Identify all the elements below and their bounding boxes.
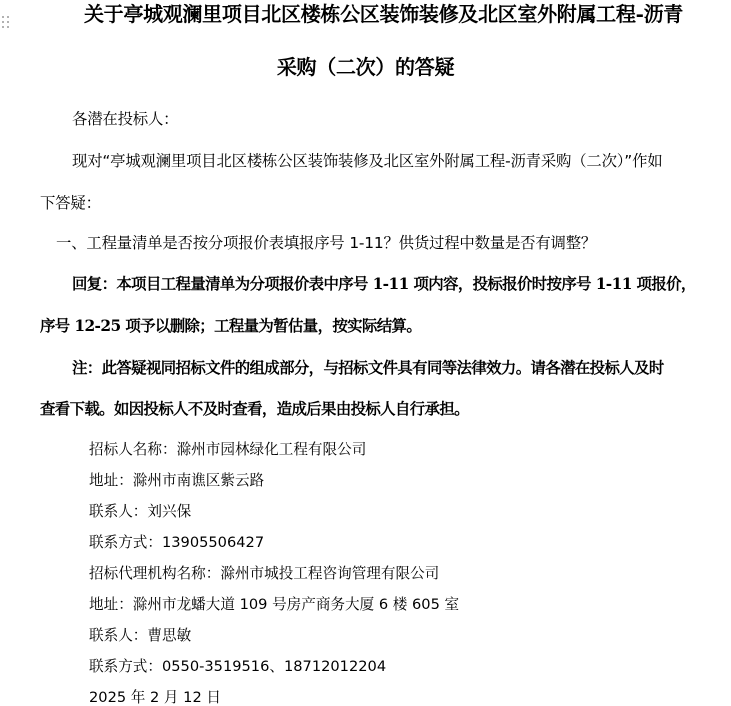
agency-address: 地址：滁州市龙蟠大道 109 号房产商务大厦 6 楼 605 室 [89, 594, 459, 616]
tenderer-address: 地址：滁州市南谯区紫云路 [89, 470, 264, 492]
tenderer-name: 招标人名称：滁州市园林绿化工程有限公司 [89, 439, 366, 461]
agency-phone: 联系方式：0550-3519516、18712012204 [89, 656, 386, 678]
question-1: 一、工程量清单是否按分项报价表填报序号 1-11？供货过程中数量是否有调整？ [56, 232, 596, 254]
intro-line-1: 现对“亭城观澜里项目北区楼栋公区装饰装修及北区室外附属工程-沥青采购（二次）”作… [72, 150, 662, 172]
agency-contact-person: 联系人：曹思敏 [89, 625, 191, 647]
intro-line-2: 下答疑： [40, 192, 101, 214]
salutation: 各潜在投标人： [72, 108, 178, 130]
tenderer-phone: 联系方式：13905506427 [89, 532, 264, 554]
reply-line-2: 序号 12-25 项予以删除；工程量为暂估量，按实际结算。 [40, 315, 421, 337]
document-date: 2025 年 2 月 12 日 [89, 687, 221, 706]
document-title-line-2: 采购（二次）的答疑 [0, 53, 731, 81]
agency-name: 招标代理机构名称：滁州市城投工程咨询管理有限公司 [89, 563, 439, 585]
note-line-1: 注：此答疑视同招标文件的组成部分，与招标文件具有同等法律效力。请各潜在投标人及时 [72, 357, 664, 379]
reply-line-1: 回复：本项目工程量清单为分项报价表中序号 1-11 项内容，投标报价时按序号 1… [72, 273, 696, 295]
note-line-2: 查看下载。如因投标人不及时查看，造成后果由投标人自行承担。 [40, 398, 469, 420]
tenderer-contact-person: 联系人：刘兴保 [89, 501, 191, 523]
document-title-line-1: 关于亭城观澜里项目北区楼栋公区装饰装修及北区室外附属工程-沥青 [18, 0, 731, 28]
drag-handle-icon[interactable] [2, 16, 10, 30]
